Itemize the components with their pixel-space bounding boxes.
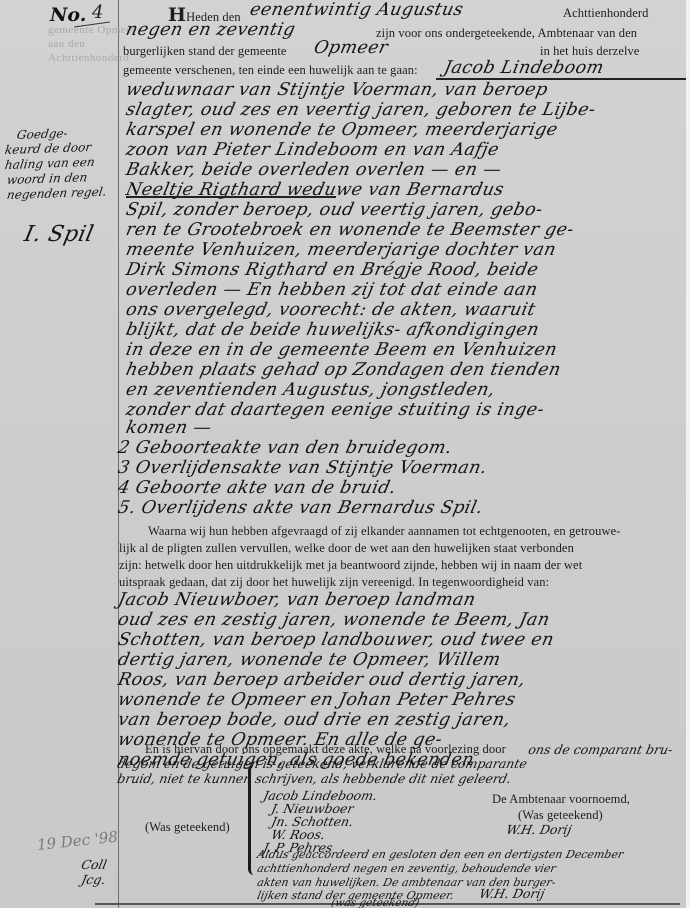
body-line: en zeventienden Augustus, jongstleden, xyxy=(124,380,497,400)
body-line: slagter, oud zes en veertig jaren, gebor… xyxy=(124,100,597,120)
print-paragraph-line: lijk al de pligten zullen vervullen, wel… xyxy=(119,541,574,556)
body-line: zonder dat daartegen eenige stuiting is … xyxy=(124,400,546,420)
body-line: overleden — En hebben zij tot dat einde … xyxy=(124,280,540,300)
witness-line: Roos, van beroep arbeider oud dertig jar… xyxy=(116,670,527,690)
witness-line: Schotten, van beroep landbouwer, oud twe… xyxy=(116,630,556,650)
header-hand-year: negen en zeventig xyxy=(124,20,297,40)
body-line: Spil, zonder beroep, oud veertig jaren, … xyxy=(124,200,545,220)
was-geteekend-left: (Was geteekend) xyxy=(145,820,230,835)
certification-line: Aldus geaccordeerd en gesloten den een e… xyxy=(256,848,625,861)
body-line: weduwnaar van Stijntje Voerman, van bero… xyxy=(124,80,550,100)
margin-note-line: Goedge- xyxy=(16,126,69,142)
official-label: De Ambtenaar voornoemd, xyxy=(492,792,630,807)
witness-line: dertig jaren, wonende te Opmeer, Willem xyxy=(116,650,502,670)
body-line: meente Venhuizen, meerderjarige dochter … xyxy=(124,240,558,260)
record-number: 4 xyxy=(92,2,103,23)
margin-initials: I. Spil xyxy=(22,222,96,247)
header-hand-place: Opmeer xyxy=(312,38,390,58)
record-page: No. 4 gemeente Opmeer aan den Achttienho… xyxy=(0,0,690,908)
bleedthrough-text: aan den xyxy=(48,38,85,50)
body-line: Dirk Simons Rigthard en Brégje Rood, bei… xyxy=(124,260,540,280)
bottom-margin-note: Coll xyxy=(80,857,108,872)
header-hand-date: eenentwintig Augustus xyxy=(248,0,465,20)
page-edge xyxy=(686,0,690,908)
document-item: 5. Overlijdens akte van Bernardus Spil. xyxy=(116,498,485,518)
closing-print: En is hiervan door ons opgemaakt deze ak… xyxy=(145,742,506,757)
witness-line: Jacob Nieuwboer, van beroep landman xyxy=(116,590,478,610)
body-line: hebben plaats gehad op Zondagen den tien… xyxy=(124,360,563,380)
record-number-label: No. xyxy=(50,4,86,26)
witness-line: oud zes en zestig jaren, wonende te Beem… xyxy=(116,610,552,630)
print-paragraph-line: Waarna wij hun hebben afgevraagd of zij … xyxy=(148,524,621,539)
closing-hand-3: bruid, niet te kunnen schrijven, als heb… xyxy=(116,771,513,786)
bleedthrough-text: gemeente Opmeer xyxy=(48,24,136,36)
body-line: zoon van Pieter Lindeboom en van Aafje xyxy=(124,140,501,160)
certification-signed-note: (was geteekend) xyxy=(330,897,420,908)
header-print-line4: gemeente verschenen, ten einde een huwel… xyxy=(123,63,418,78)
witness-line: wonende te Opmeer en Johan Peter Pehres xyxy=(116,690,517,710)
document-item: 4 Geboorte akte van de bruid. xyxy=(116,478,398,498)
bride-underline xyxy=(126,196,336,198)
header-print-end: Achttienhonderd xyxy=(563,6,649,21)
margin-note-line: keurd de door xyxy=(4,140,92,157)
bottom-margin-note: Jcg. xyxy=(80,872,107,887)
document-item: 3 Overlijdensakte van Stijntje Voerman. xyxy=(116,458,489,478)
witness-line: van beroep bode, oud drie en zestig jare… xyxy=(116,710,512,730)
groom-name: Jacob Lindeboom xyxy=(442,58,606,78)
body-line: Bakker, beide overleden overlen — en — xyxy=(124,160,503,180)
certification-line: achttienhonderd negen en zeventig, behou… xyxy=(256,862,557,875)
closing-hand-2: degom en de getuigen is geteekend, verkl… xyxy=(116,756,529,771)
header-print-line3-end: in het huis derzelve xyxy=(540,44,640,59)
was-geteekend-right: (Was geteekend) xyxy=(518,808,603,823)
body-line: karspel en wonende te Opmeer, meerderjar… xyxy=(124,120,560,140)
print-paragraph-line: uitspraak gedaan, dat zij door het huwel… xyxy=(119,575,549,590)
bleedthrough-text: Achttienhonderd xyxy=(48,52,129,64)
print-paragraph-line: zijn: hetwelk door hen uitdrukkelijk met… xyxy=(119,558,582,573)
bottom-margin-date: 19 Dec '98 xyxy=(36,828,119,854)
official-signature: W.H. Dorij xyxy=(505,822,573,837)
body-line: blijkt, dat de beide huwelijks- afkondig… xyxy=(124,320,541,340)
body-line: komen — xyxy=(124,418,213,438)
margin-note-line: negenden regel. xyxy=(6,185,107,202)
body-line: ons overgelegd, voorecht: de akten, waar… xyxy=(124,300,537,320)
body-line: in deze en in de gemeente Beem en Venhui… xyxy=(124,340,559,360)
header-print-line3: burgerlijken stand der gemeente xyxy=(123,44,287,59)
margin-note-line: woord in den xyxy=(6,170,88,187)
header-print-line2: zijn voor ons ondergeteekende, Ambtenaar… xyxy=(376,26,637,41)
body-line: ren te Grootebroek en wonende te Beemste… xyxy=(124,220,576,240)
document-item: 2 Geboorteakte van den bruidegom. xyxy=(116,438,454,458)
certification-signature: W.H. Dorij xyxy=(478,886,546,901)
closing-hand-1: ons de comparant bru- xyxy=(527,742,674,757)
